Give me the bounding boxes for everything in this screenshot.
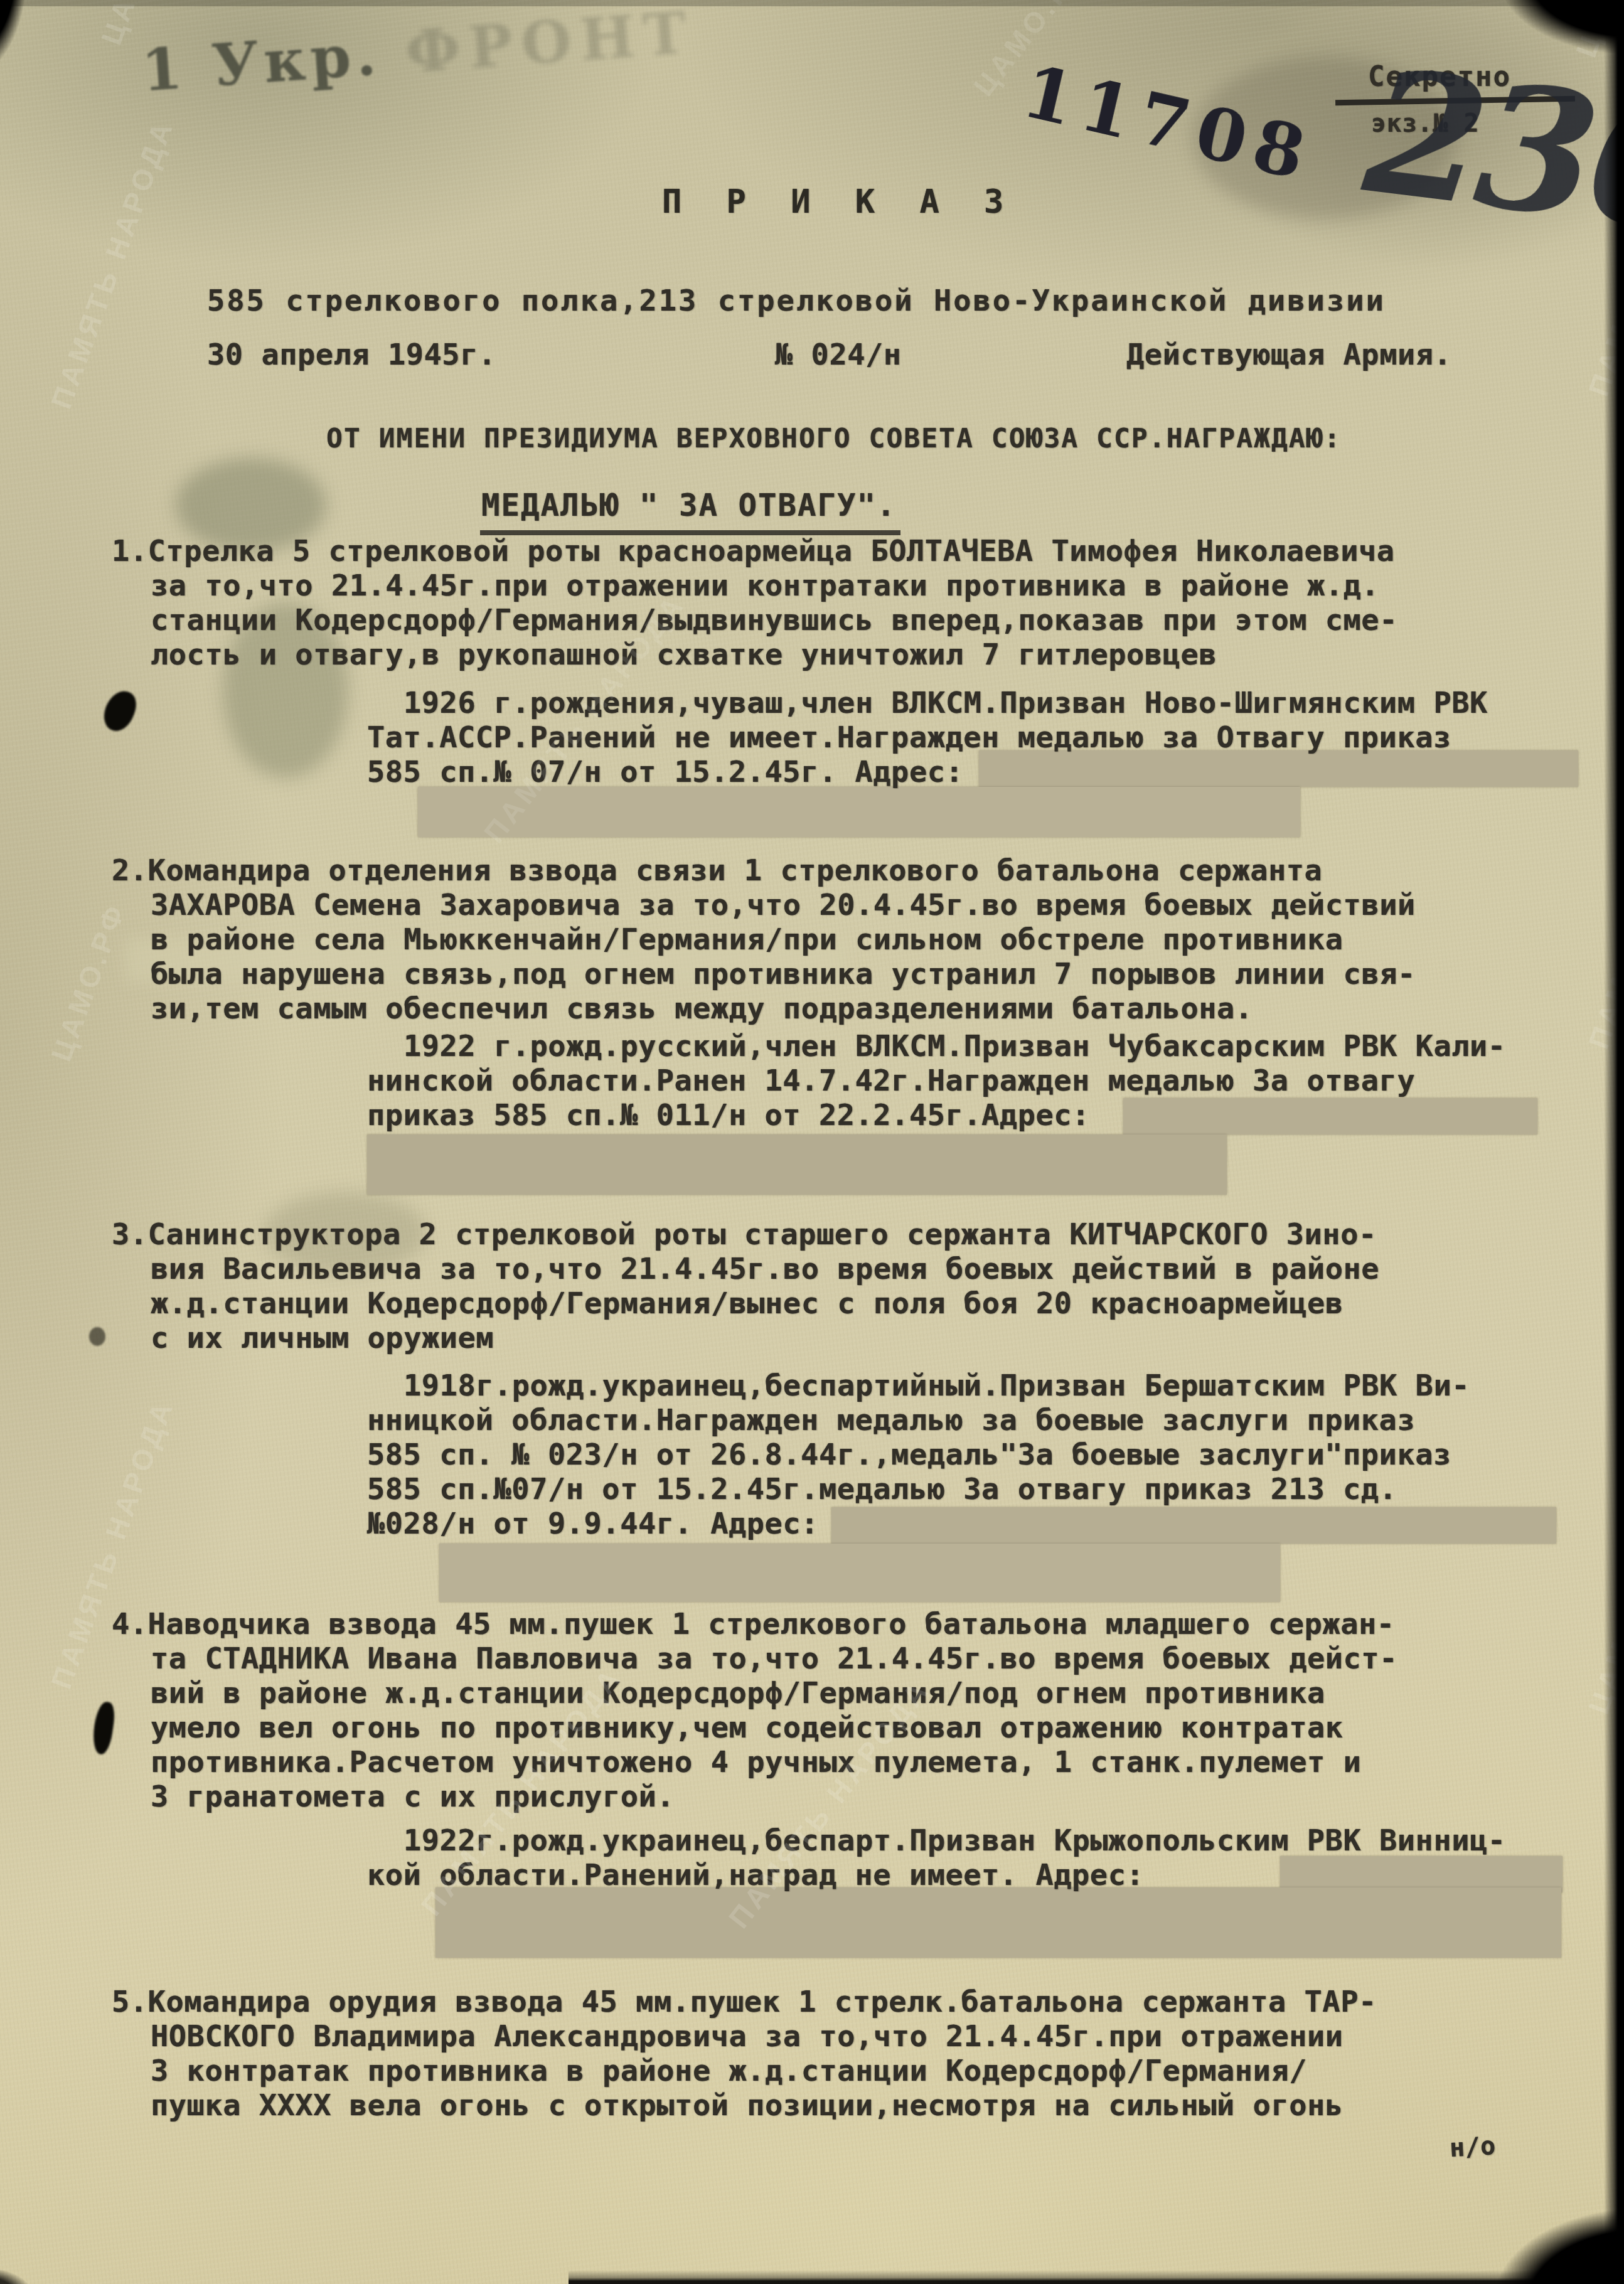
order-subtitle: 585 стрелкового полка,213 стрелковой Нов…: [207, 284, 1386, 318]
scanned-order-page: 1 Укр. ФРОНТ 11708 Секретно экз.№ 2 236 …: [0, 0, 1624, 2284]
entry-4-details: 1922г.рожд.украинец,беспарт.Призван Крыж…: [367, 1823, 1610, 1892]
entry-3-details: 1918г.рожд.украинец,беспартийный.Призван…: [367, 1369, 1610, 1541]
entry-1-citation: 1.Стрелка 5 стрелковой роты красноармейц…: [112, 534, 1588, 672]
order-location: Действующая Армия.: [1126, 338, 1451, 372]
redaction-box: [439, 1544, 1280, 1602]
entry-2-details: 1922 г.рожд.русский,член ВЛКСМ.Призван Ч…: [367, 1029, 1610, 1133]
continuation-mark: н/о: [1449, 2129, 1497, 2166]
entry-3-citation: 3.Санинструктора 2 стрелковой роты старш…: [112, 1217, 1588, 1355]
preamble-line: ОТ ИМЕНИ ПРЕЗИДИУМА ВЕРХОВНОГО СОВЕТА СО…: [326, 422, 1342, 456]
entry-2-citation: 2.Командира отделения взвода связи 1 стр…: [112, 853, 1588, 1026]
order-number: № 024/н: [775, 338, 902, 372]
award-heading: МЕДАЛЬЮ " ЗА ОТВАГУ".: [480, 488, 900, 535]
entry-5-citation: 5.Командира орудия взвода 45 мм.пушек 1 …: [112, 1985, 1588, 2123]
punch-hole: [89, 1327, 105, 1346]
handwritten-page-number: 236: [1356, 31, 1624, 270]
order-date: 30 апреля 1945г.: [207, 338, 496, 372]
redaction-box: [367, 1134, 1227, 1195]
redaction-box: [418, 787, 1300, 837]
order-title: П Р И К А З: [662, 185, 1016, 220]
redaction-box: [435, 1887, 1561, 1958]
